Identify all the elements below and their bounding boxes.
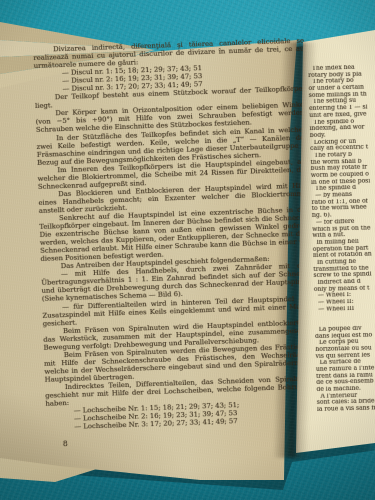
book-photo: Divizarea indirectă, diferenţială şi tăi… [0, 0, 375, 500]
photo-vignette [0, 0, 375, 500]
